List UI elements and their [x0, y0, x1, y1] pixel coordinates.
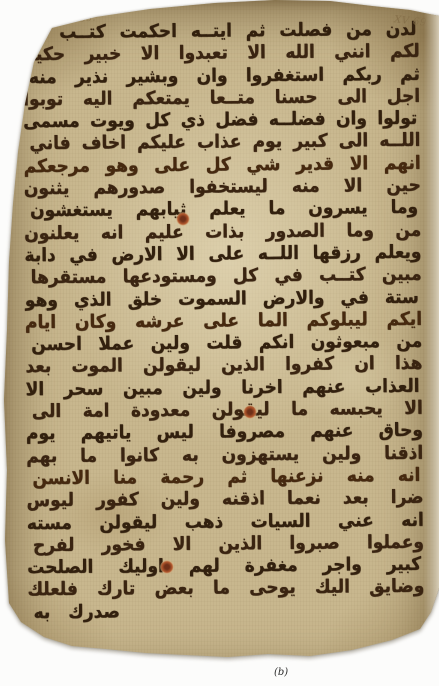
- manuscript-word: حسنا: [275, 85, 318, 109]
- manuscript-word: السيات: [251, 509, 311, 534]
- manuscript-word: كفور: [96, 488, 139, 512]
- manuscript-word: الا: [141, 42, 160, 66]
- manuscript-word: ما: [268, 197, 285, 221]
- manuscript-word: اجل: [387, 84, 420, 108]
- manuscript-word: ثم: [400, 62, 420, 86]
- manuscript-word: مبين: [123, 377, 163, 401]
- manuscript-word: يحبسه: [329, 397, 382, 422]
- manuscript-word: منه: [29, 65, 57, 89]
- verse-marker: [243, 405, 257, 419]
- manuscript-word: صبروا: [289, 531, 340, 556]
- manuscript-word: في: [274, 264, 303, 288]
- manuscript-word: ما: [291, 398, 308, 422]
- manuscript-word: ايكم: [386, 307, 422, 331]
- manuscript-word: اذقنا: [384, 441, 423, 465]
- manuscript-word: فصلت: [279, 18, 332, 43]
- manuscript-word: وبشير: [126, 64, 178, 89]
- manuscript-word: كبير: [293, 130, 328, 154]
- manuscript-word: السموت: [178, 287, 247, 312]
- manuscript-word: انه: [101, 221, 124, 245]
- manuscript-word: عني: [338, 508, 374, 532]
- manuscript-word: عنهم: [310, 419, 353, 443]
- manuscript-word: انه: [401, 508, 424, 532]
- manuscript-word: رحمة: [160, 465, 204, 489]
- manuscript-word: كل: [233, 264, 258, 288]
- manuscript-word: في: [340, 286, 369, 310]
- manuscript-word: يوحى: [249, 576, 296, 600]
- manuscript-word: ليس: [156, 421, 194, 445]
- manuscript-word: خبير: [84, 42, 121, 66]
- manuscript-word: يمتعكم: [132, 86, 190, 111]
- manuscript-word: ويوت: [90, 109, 135, 133]
- annotation-folio-number: 55.: [80, 13, 97, 24]
- manuscript-word: تارك: [97, 577, 135, 601]
- manuscript-word: يستغشون: [30, 199, 113, 224]
- manuscript-word: الا: [404, 397, 423, 421]
- manuscript-word: العذاب: [365, 374, 420, 399]
- manuscript-word: الموت: [71, 355, 123, 380]
- manuscript-word: يوم: [252, 130, 282, 154]
- manuscript-word: يعلنون: [24, 221, 79, 246]
- manuscript-word: مسته: [27, 511, 72, 535]
- manuscript-word: كتــب: [319, 263, 366, 287]
- verse-marker: [176, 212, 190, 226]
- manuscript-word: انه: [398, 463, 421, 487]
- manuscript-word: منا: [113, 466, 137, 490]
- manuscript-word: بهم: [26, 444, 57, 468]
- manuscript-word: امة: [83, 399, 110, 423]
- manuscript-word: ليقولن: [143, 354, 201, 379]
- manuscript-word: كفروا: [285, 353, 334, 378]
- manuscript-word: يسرون: [308, 196, 368, 221]
- manuscript-word: الا: [247, 41, 266, 65]
- manuscript-text: الركتــباحكمتايتــهثمفصلتمنلدنحكيمخبيرال…: [22, 19, 424, 624]
- manuscript-word: انهم: [384, 151, 421, 175]
- manuscript-page: الركتــباحكمتايتــهثمفصلتمنلدنحكيمخبيرال…: [0, 0, 439, 686]
- manuscript-word: ولين: [161, 488, 200, 512]
- manuscript-word: فخور: [102, 533, 146, 557]
- manuscript-word: من: [395, 218, 421, 242]
- manuscript-word: ليبلوكم: [307, 308, 368, 333]
- manuscript-word: على: [203, 309, 239, 333]
- manuscript-word: من: [396, 330, 422, 354]
- manuscript-word: منه: [347, 464, 375, 488]
- manuscript-word: عملا: [98, 332, 134, 356]
- manuscript-word: الا: [173, 532, 192, 556]
- manuscript-word: نزعنها: [270, 464, 323, 489]
- manuscript-word: ليقولن: [212, 398, 270, 423]
- manuscript-word: على: [154, 153, 190, 177]
- manuscript-word: قدير: [296, 152, 334, 176]
- manuscript-word: ولين: [151, 332, 190, 356]
- manuscript-word: هذا: [395, 352, 423, 376]
- manuscript-word: ليوس: [26, 489, 74, 513]
- manuscript-word: الى: [339, 129, 369, 153]
- manuscript-word: دابة: [24, 244, 55, 268]
- manuscript-word: عذاب: [197, 131, 242, 155]
- manuscript-word: ثم: [246, 19, 266, 43]
- manuscript-word: وما: [346, 219, 374, 243]
- manuscript-word: حين: [386, 174, 421, 198]
- manuscript-word: ذي: [181, 109, 206, 133]
- manuscript-word: الله: [285, 41, 315, 65]
- manuscript-word: وان: [196, 64, 227, 88]
- manuscript-word: ان: [354, 352, 375, 376]
- manuscript-word: عليكم: [137, 131, 186, 156]
- manuscript-word: صدرك: [68, 600, 120, 625]
- manuscript-word: بعد: [25, 355, 51, 379]
- manuscript-word: وما: [390, 196, 418, 220]
- manuscript-word: الا: [26, 378, 45, 402]
- manuscript-word: نعما: [287, 487, 321, 511]
- manuscript-text-line: بهصدرك: [27, 597, 424, 625]
- figure-caption: (b): [274, 667, 288, 678]
- manuscript-word: الذين: [221, 353, 265, 377]
- manuscript-word: الذي: [74, 288, 112, 312]
- manuscript-word: ليقولن: [99, 510, 157, 535]
- manuscript-word: لفرح: [33, 533, 75, 557]
- manuscript-word: شي: [246, 152, 280, 176]
- manuscript-word: بعد: [343, 486, 369, 510]
- manuscript-word: ما: [213, 577, 230, 601]
- manuscript-word: كل: [145, 109, 170, 133]
- manuscript-word: مستقرها: [31, 266, 107, 291]
- manuscript-word: اللــه: [258, 242, 299, 266]
- manuscript-word: ستة: [385, 285, 419, 309]
- manuscript-word: فاني: [29, 132, 70, 156]
- manuscript-word: عنهم: [302, 375, 345, 399]
- manuscript-word: مصروفا: [219, 420, 285, 445]
- manuscript-word: ذهب: [185, 510, 224, 534]
- manuscript-word: واجر: [322, 553, 361, 577]
- manuscript-word: وهو: [25, 288, 58, 312]
- manuscript-word: عرشه: [135, 309, 184, 334]
- manuscript-word: خلق: [127, 287, 162, 311]
- manuscript-word: ياتيهم: [81, 421, 132, 446]
- manuscript-word: ويعلم: [374, 240, 421, 264]
- manuscript-word: سحر: [64, 377, 104, 401]
- manuscript-word: به: [33, 600, 50, 624]
- manuscript-word: به: [182, 443, 199, 467]
- manuscript-word: الما: [258, 309, 288, 333]
- manuscript-word: تعبدوا: [179, 41, 228, 66]
- manuscript-word: الا: [344, 174, 363, 198]
- manuscript-word: مرجعكم: [24, 154, 90, 179]
- manuscript-word: وضايق: [369, 575, 424, 600]
- manuscript-word: مبين: [382, 263, 422, 287]
- manuscript-word: اوليك: [118, 555, 164, 579]
- manuscript-word: الى: [337, 85, 367, 109]
- manuscript-word: لكم: [390, 40, 420, 64]
- manuscript-word: والارض: [263, 286, 325, 311]
- manuscript-word: صدورهم: [93, 176, 165, 201]
- manuscript-word: ثم: [227, 465, 247, 489]
- manuscript-word: الا: [350, 152, 369, 176]
- manuscript-word: اليه: [83, 87, 113, 111]
- manuscript-word: ضرا: [391, 486, 424, 510]
- manuscript-word: وعملوا: [367, 530, 424, 555]
- manuscript-word: الصلحت: [27, 555, 93, 580]
- manuscript-word: ايتــه: [191, 19, 232, 43]
- manuscript-word: فلعلك: [27, 578, 78, 603]
- manuscript-word: رزقها: [312, 241, 361, 266]
- manuscript-word: تولوا: [377, 107, 417, 131]
- manuscript-word: بعض: [154, 577, 193, 601]
- manuscript-word: قلت: [206, 331, 242, 355]
- manuscript-word: ايام: [25, 311, 56, 335]
- manuscript-word: حكيم: [23, 43, 66, 67]
- manuscript-word: اذقنه: [222, 487, 265, 511]
- manuscript-word: انني: [334, 40, 371, 64]
- manuscript-word: من: [346, 18, 372, 42]
- manuscript-word: الذين: [218, 532, 262, 556]
- manuscript-word: احسن: [31, 333, 82, 358]
- manuscript-word: الانسن: [32, 466, 90, 491]
- manuscript-word: ولين: [322, 442, 361, 466]
- figure: الركتــباحكمتايتــهثمفصلتمنلدنحكيمخبيرال…: [0, 0, 439, 686]
- manuscript-word: يستهزون: [221, 442, 299, 467]
- manuscript-word: يثنون: [24, 177, 70, 201]
- manuscript-word: وهو: [105, 154, 138, 178]
- manuscript-word: اخاف: [82, 132, 126, 156]
- manuscript-word: في: [69, 243, 98, 267]
- manuscript-photo: الركتــباحكمتايتــهثمفصلتمنلدنحكيمخبيرال…: [0, 0, 439, 686]
- manuscript-word: لهم: [189, 554, 220, 578]
- manuscript-word: اليك: [315, 576, 350, 600]
- manuscript-word: احكمت: [119, 20, 177, 45]
- manuscript-word: نذير: [75, 65, 108, 89]
- manuscript-word: مغفرة: [245, 554, 298, 579]
- manuscript-word: كل: [206, 153, 231, 177]
- manuscript-word: الا: [176, 242, 195, 266]
- manuscript-word: فضل: [215, 108, 258, 132]
- manuscript-word: اخرنا: [241, 375, 283, 399]
- manuscript-word: يعلم: [209, 197, 245, 221]
- manuscript-word: بذات: [205, 220, 244, 244]
- manuscript-word: معدودة: [131, 399, 190, 424]
- manuscript-word: الارض: [111, 243, 162, 268]
- manuscript-word: الصدور: [266, 219, 325, 244]
- manuscript-word: ربكم: [342, 62, 382, 86]
- manuscript-word: انكم: [259, 331, 295, 355]
- manuscript-word: اللــه: [379, 129, 420, 153]
- verse-marker: [160, 560, 174, 574]
- manuscript-word: ومستودعها: [123, 265, 217, 290]
- manuscript-word: ما: [80, 444, 97, 468]
- manuscript-word: على: [208, 242, 244, 266]
- manuscript-word: الر: [22, 21, 45, 45]
- manuscript-word: استغفروا: [246, 63, 325, 88]
- manuscript-word: الى: [32, 400, 62, 424]
- manuscript-word: يوم: [26, 422, 56, 446]
- manuscript-word: كانوا: [120, 443, 159, 467]
- manuscript-word: توبوا: [23, 87, 63, 111]
- manuscript-word: وان: [336, 107, 367, 131]
- manuscript-word: متــعا: [210, 86, 255, 110]
- manuscript-word: وكان: [75, 310, 117, 334]
- manuscript-word: كبير: [387, 553, 422, 577]
- manuscript-word: ولين: [182, 376, 221, 400]
- manuscript-word: منه: [292, 174, 320, 198]
- manuscript-word: وحاق: [378, 419, 423, 443]
